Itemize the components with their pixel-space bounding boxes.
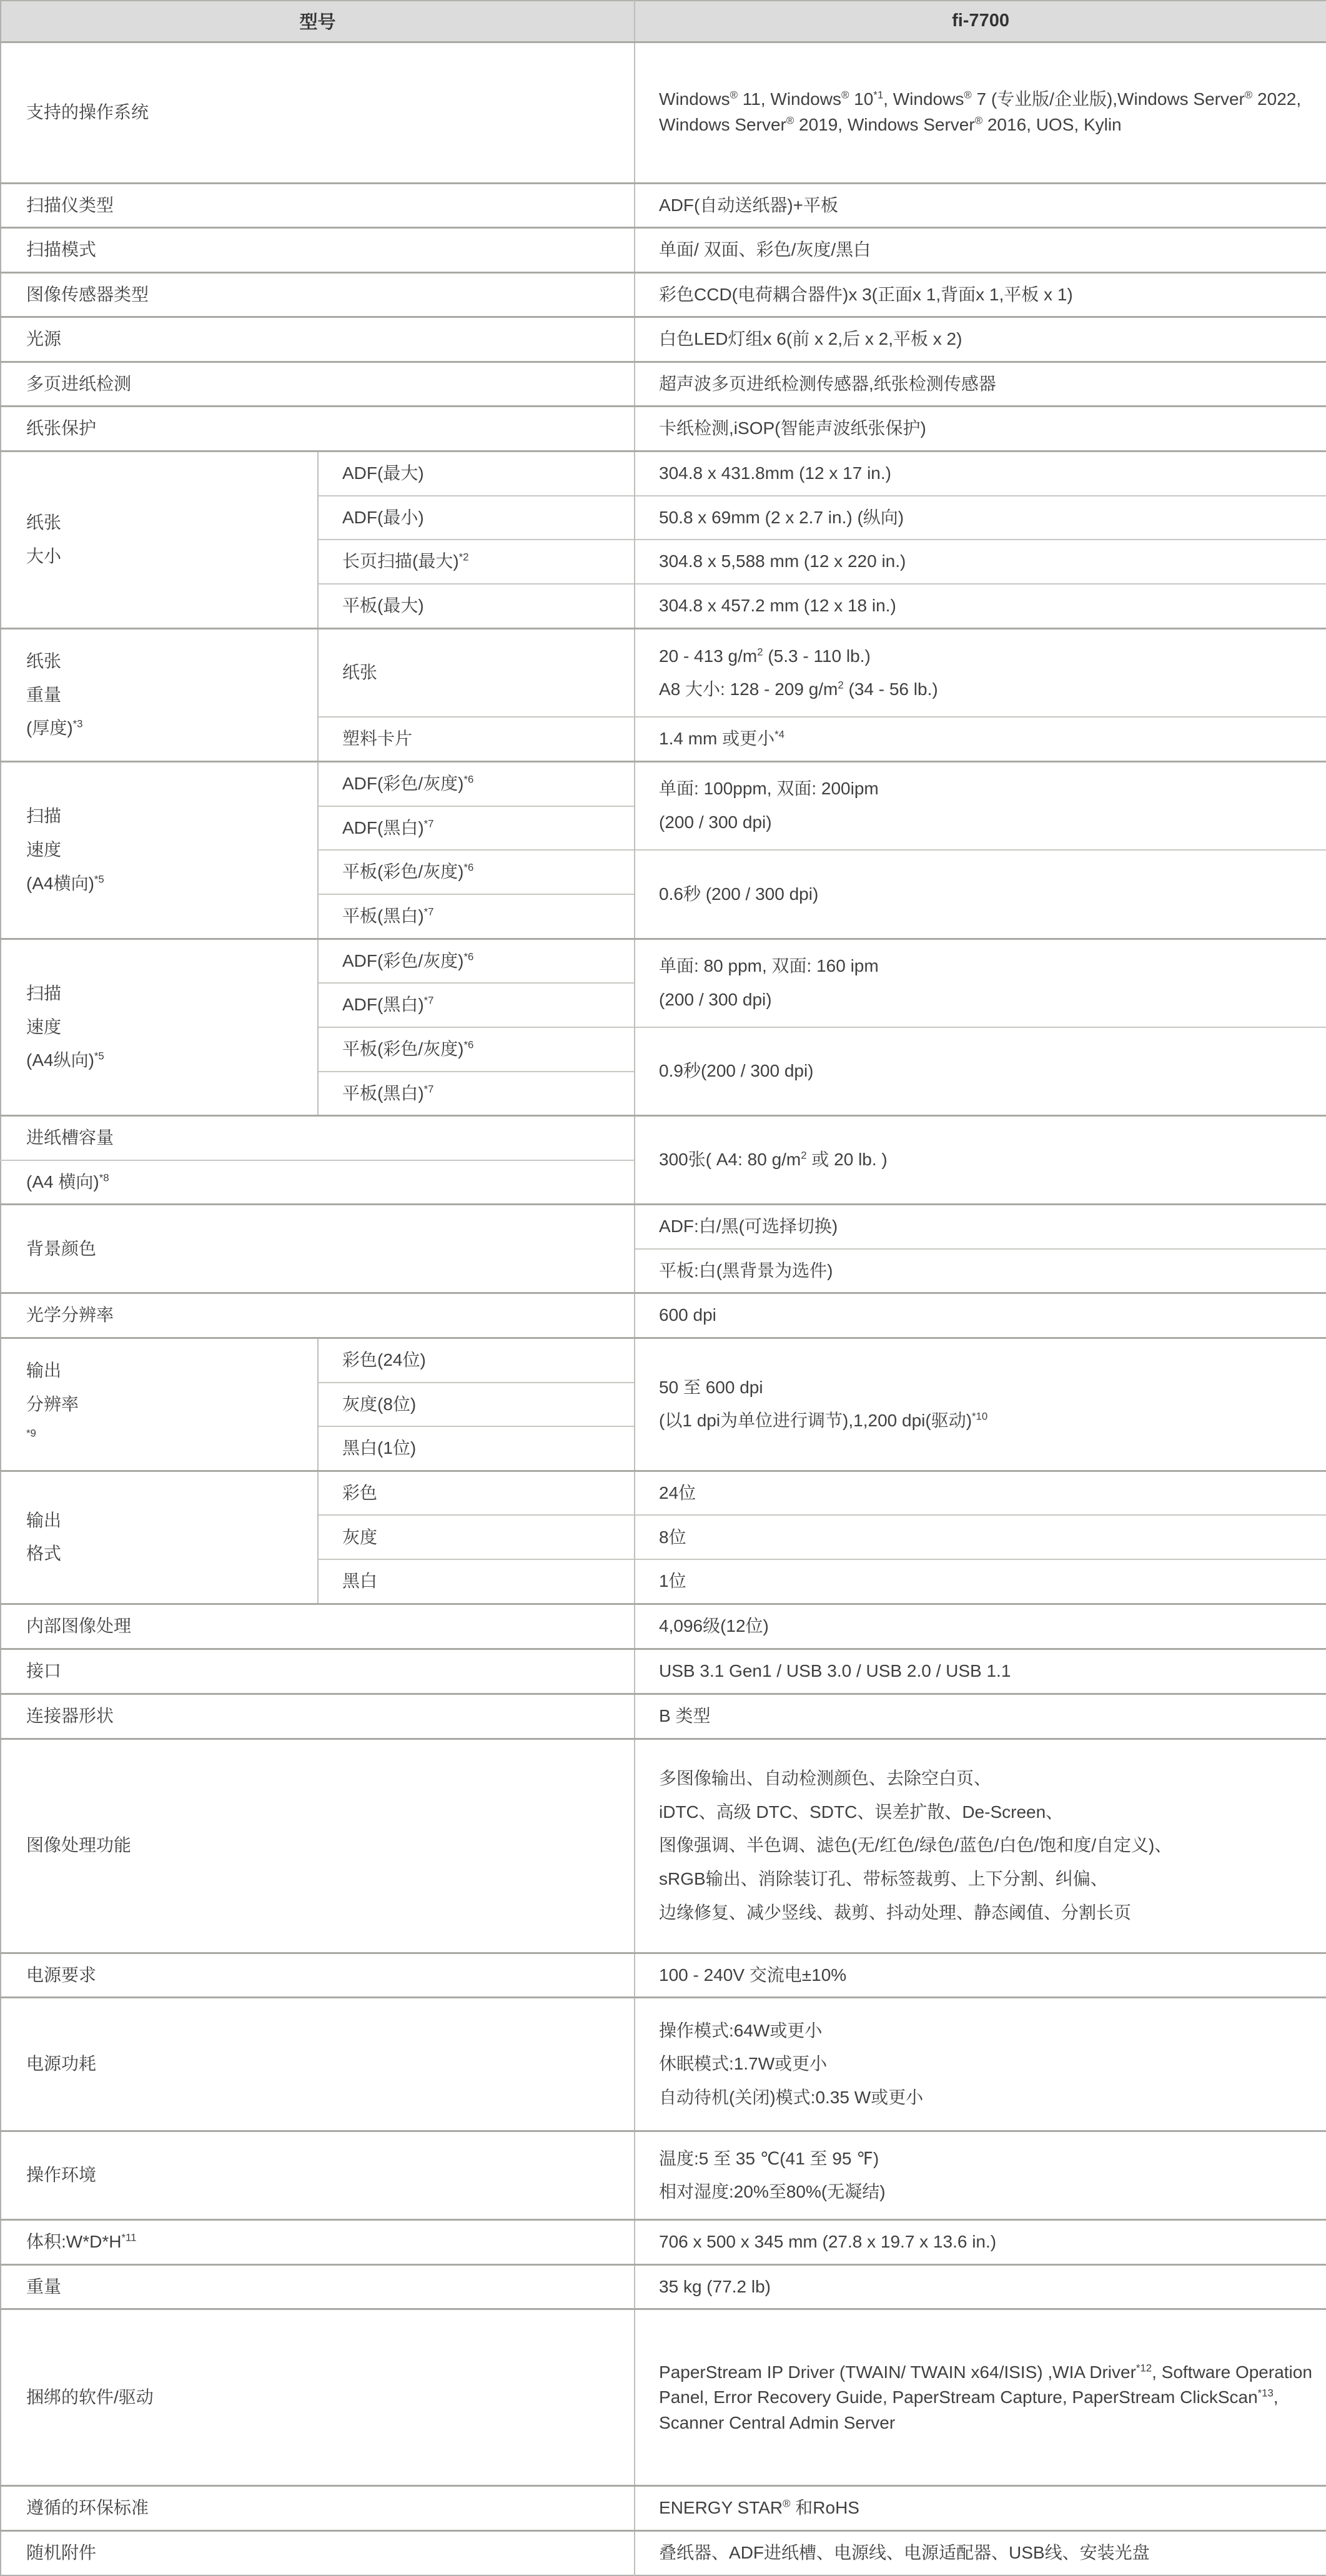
spec-sublabel: ADF(最大) (318, 452, 635, 496)
text-line: 单面: 100ppm, 双面: 200ipm (659, 776, 1312, 802)
spec-label: 光学分辨率 (1, 1293, 635, 1338)
text-line: 平板(黑白)*7 (342, 904, 625, 929)
spec-value: 多图像输出、自动检测颜色、去除空白页、iDTC、高级 DTC、SDTC、误差扩散… (635, 1739, 1326, 1953)
spec-row: 输出格式彩色24位 (1, 1471, 1326, 1515)
text-line: ADF(自动送纸器)+平板 (659, 193, 1312, 219)
text-line: ADF(彩色/灰度)*6 (342, 949, 625, 974)
text-line: 光学分辨率 (26, 1303, 621, 1328)
spec-value: 600 dpi (635, 1293, 1326, 1338)
text-line: 304.8 x 457.2 mm (12 x 18 in.) (659, 593, 1312, 619)
spec-value: 超声波多页进纸检测传感器,纸张检测传感器 (635, 362, 1326, 407)
text-line: 电源要求 (26, 1963, 621, 1988)
spec-value: 304.8 x 5,588 mm (12 x 220 in.) (635, 540, 1326, 584)
text-line: ADF(最大) (342, 461, 625, 486)
text-line: 300张( A4: 80 g/m2 或 20 lb. ) (659, 1147, 1312, 1173)
spec-row: 光源白色LED灯组x 6(前 x 2,后 x 2,平板 x 2) (1, 317, 1326, 362)
text-line: 内部图像处理 (26, 1614, 621, 1639)
text-line: 接口 (26, 1659, 621, 1684)
spec-row: 图像传感器类型彩色CCD(电荷耦合器件)x 3(正面x 1,背面x 1,平板 x… (1, 272, 1326, 317)
text-line: 706 x 500 x 345 mm (27.8 x 19.7 x 13.6 i… (659, 2229, 1312, 2255)
spec-value: 304.8 x 457.2 mm (12 x 18 in.) (635, 584, 1326, 628)
spec-value: 0.6秒 (200 / 300 dpi) (635, 850, 1326, 939)
spec-group-label: 输出格式 (1, 1471, 318, 1604)
spec-row: 纸张保护卡纸检测,iSOP(智能声波纸张保护) (1, 407, 1326, 452)
text-line: 操作环境 (26, 2163, 621, 2188)
spec-value: 8位 (635, 1515, 1326, 1559)
spec-sublabel: ADF(彩色/灰度)*6 (318, 761, 635, 806)
spec-label: 图像处理功能 (1, 1739, 635, 1953)
text-line: 扫描仪类型 (26, 193, 621, 219)
spec-sublabel: 黑白 (318, 1559, 635, 1604)
spec-row: 连接器形状B 类型 (1, 1694, 1326, 1739)
header-product-column: fi-7700 (635, 1, 1326, 42)
spec-sheet: 型号 fi-7700 支持的操作系统Windows® 11, Windows® … (0, 0, 1326, 2576)
spec-row: 图像处理功能多图像输出、自动检测颜色、去除空白页、iDTC、高级 DTC、SDT… (1, 1739, 1326, 1953)
text-line: 温度:5 至 35 ℃(41 至 95 ℉) (659, 2146, 1312, 2172)
spec-label: 操作环境 (1, 2131, 635, 2220)
text-line: 分辨率 (26, 1392, 305, 1418)
spec-value: 平板:白(黑背景为选件) (635, 1249, 1326, 1293)
spec-label: 体积:W*D*H*11 (1, 2220, 635, 2265)
spec-label: 背景颜色 (1, 1205, 635, 1293)
text-line: 长页扫描(最大)*2 (342, 549, 625, 575)
text-line: 超声波多页进纸检测传感器,纸张检测传感器 (659, 372, 1312, 397)
spec-sublabel: ADF(最小) (318, 496, 635, 540)
text-line: 黑白(1位) (342, 1436, 625, 1461)
spec-value: ADF:白/黑(可选择切换) (635, 1205, 1326, 1249)
text-line: 平板(彩色/灰度)*6 (342, 1037, 625, 1062)
spec-value: 1.4 mm 或更小*4 (635, 717, 1326, 761)
text-line: 灰度 (342, 1525, 625, 1551)
spec-row: 进纸槽容量300张( A4: 80 g/m2 或 20 lb. ) (1, 1116, 1326, 1160)
spec-sublabel: ADF(黑白)*7 (318, 806, 635, 851)
spec-value: 单面: 100ppm, 双面: 200ipm(200 / 300 dpi) (635, 761, 1326, 850)
text-line: sRGB输出、消除装订孔、带标签裁剪、上下分割、纠偏、 (659, 1867, 1312, 1892)
spec-row: 扫描速度(A4纵向)*5ADF(彩色/灰度)*6单面: 80 ppm, 双面: … (1, 939, 1326, 983)
text-line: 彩色CCD(电荷耦合器件)x 3(正面x 1,背面x 1,平板 x 1) (659, 282, 1312, 308)
spec-row: 扫描模式单面/ 双面、彩色/灰度/黑白 (1, 228, 1326, 273)
spec-sublabel: 平板(黑白)*7 (318, 894, 635, 939)
text-line: (200 / 300 dpi) (659, 987, 1312, 1013)
spec-value: 4,096级(12位) (635, 1604, 1326, 1649)
spec-table: 型号 fi-7700 支持的操作系统Windows® 11, Windows® … (0, 0, 1326, 2576)
spec-row: 捆绑的软件/驱动PaperStream IP Driver (TWAIN/ TW… (1, 2309, 1326, 2486)
text-line: 白色LED灯组x 6(前 x 2,后 x 2,平板 x 2) (659, 327, 1312, 352)
spec-label: 捆绑的软件/驱动 (1, 2309, 635, 2486)
text-line: 黑白 (342, 1569, 625, 1594)
spec-row: 电源要求100 - 240V 交流电±10% (1, 1953, 1326, 1998)
spec-value: 24位 (635, 1471, 1326, 1515)
spec-label: 纸张保护 (1, 407, 635, 452)
text-line: 平板(彩色/灰度)*6 (342, 859, 625, 885)
text-line: iDTC、高级 DTC、SDTC、误差扩散、De-Screen、 (659, 1800, 1312, 1825)
text-line: 重量 (26, 2274, 621, 2300)
text-line: 纸张 (342, 660, 625, 686)
spec-value: USB 3.1 Gen1 / USB 3.0 / USB 2.0 / USB 1… (635, 1649, 1326, 1694)
text-line: 大小 (26, 544, 305, 570)
text-line: 50.8 x 69mm (2 x 2.7 in.) (纵向) (659, 505, 1312, 531)
text-line: (厚度)*3 (26, 716, 305, 741)
text-line: 4,096级(12位) (659, 1614, 1312, 1639)
text-line: A8 大小: 128 - 209 g/m2 (34 - 56 lb.) (659, 677, 1312, 703)
spec-row: 支持的操作系统Windows® 11, Windows® 10*1, Windo… (1, 42, 1326, 183)
text-line: ADF(彩色/灰度)*6 (342, 771, 625, 797)
spec-value: 操作模式:64W或更小休眠模式:1.7W或更小自动待机(关闭)模式:0.35 W… (635, 1998, 1326, 2131)
text-line: 灰度(8位) (342, 1392, 625, 1418)
text-line: (以1 dpi为单位进行调节),1,200 dpi(驱动)*10 (659, 1408, 1312, 1434)
text-line: 自动待机(关闭)模式:0.35 W或更小 (659, 2085, 1312, 2111)
spec-sublabel: 平板(彩色/灰度)*6 (318, 1027, 635, 1072)
spec-value: 白色LED灯组x 6(前 x 2,后 x 2,平板 x 2) (635, 317, 1326, 362)
spec-value: ADF(自动送纸器)+平板 (635, 183, 1326, 228)
text-line: 操作模式:64W或更小 (659, 2018, 1312, 2044)
spec-row: 扫描仪类型ADF(自动送纸器)+平板 (1, 183, 1326, 228)
header-model-column: 型号 (1, 1, 635, 42)
text-line: 35 kg (77.2 lb) (659, 2274, 1312, 2300)
spec-sublabel: 平板(最大) (318, 584, 635, 628)
text-line: 捆绑的软件/驱动 (26, 2385, 621, 2411)
spec-label: 多页进纸检测 (1, 362, 635, 407)
text-line: (A4纵向)*5 (26, 1048, 305, 1073)
spec-row: 纸张大小ADF(最大)304.8 x 431.8mm (12 x 17 in.) (1, 452, 1326, 496)
spec-value: 温度:5 至 35 ℃(41 至 95 ℉)相对湿度:20%至80%(无凝结) (635, 2131, 1326, 2220)
spec-value: 叠纸器、ADF进纸槽、电源线、电源适配器、USB线、安装光盘 (635, 2531, 1326, 2575)
spec-sublabel: ADF(黑白)*7 (318, 983, 635, 1027)
spec-sublabel: 塑料卡片 (318, 717, 635, 761)
spec-sublabel: 灰度 (318, 1515, 635, 1559)
text-line: 输出 (26, 1508, 305, 1534)
text-line: 格式 (26, 1541, 305, 1567)
spec-value: 706 x 500 x 345 mm (27.8 x 19.7 x 13.6 i… (635, 2220, 1326, 2265)
text-line: B 类型 (659, 1704, 1312, 1729)
text-line: *9 (26, 1425, 305, 1451)
text-line: 图像处理功能 (26, 1833, 621, 1858)
spec-row: 多页进纸检测超声波多页进纸检测传感器,纸张检测传感器 (1, 362, 1326, 407)
text-line: 扫描 (26, 981, 305, 1007)
spec-row: 遵循的环保标准ENERGY STAR® 和RoHS (1, 2486, 1326, 2531)
text-line: 随机附件 (26, 2540, 621, 2566)
text-line: 图像强调、半色调、滤色(无/红色/绿色/蓝色/白色/饱和度/自定义)、 (659, 1833, 1312, 1858)
text-line: 扫描模式 (26, 237, 621, 263)
table-header: 型号 fi-7700 (1, 1, 1326, 42)
spec-value: 35 kg (77.2 lb) (635, 2264, 1326, 2309)
text-line: 纸张保护 (26, 416, 621, 442)
text-line: 电源功耗 (26, 2051, 621, 2077)
spec-label: 扫描仪类型 (1, 183, 635, 228)
spec-label: 光源 (1, 317, 635, 362)
spec-label: (A4 横向)*8 (1, 1160, 635, 1205)
spec-sublabel: 平板(黑白)*7 (318, 1072, 635, 1116)
spec-row: 接口USB 3.1 Gen1 / USB 3.0 / USB 2.0 / USB… (1, 1649, 1326, 1694)
spec-label: 电源功耗 (1, 1998, 635, 2131)
spec-row: 操作环境温度:5 至 35 ℃(41 至 95 ℉)相对湿度:20%至80%(无… (1, 2131, 1326, 2220)
spec-sublabel: 平板(彩色/灰度)*6 (318, 850, 635, 894)
text-line: 彩色 (342, 1481, 625, 1506)
text-line: (200 / 300 dpi) (659, 810, 1312, 836)
spec-group-label: 扫描速度(A4纵向)*5 (1, 939, 318, 1115)
text-line: 单面: 80 ppm, 双面: 160 ipm (659, 954, 1312, 979)
text-line: 体积:W*D*H*11 (26, 2229, 621, 2255)
text-line: Windows® 11, Windows® 10*1, Windows® 7 (… (659, 87, 1312, 137)
spec-value: 304.8 x 431.8mm (12 x 17 in.) (635, 452, 1326, 496)
spec-row: 内部图像处理4,096级(12位) (1, 1604, 1326, 1649)
text-line: 扫描 (26, 804, 305, 829)
spec-group-label: 扫描速度(A4横向)*5 (1, 761, 318, 939)
text-line: 输出 (26, 1358, 305, 1384)
text-line: (A4横向)*5 (26, 871, 305, 897)
text-line: 边缘修复、减少竖线、裁剪、抖动处理、静态阈值、分割长页 (659, 1900, 1312, 1926)
text-line: 0.9秒(200 / 300 dpi) (659, 1059, 1312, 1084)
spec-value: Windows® 11, Windows® 10*1, Windows® 7 (… (635, 42, 1326, 183)
spec-sublabel: 长页扫描(最大)*2 (318, 540, 635, 584)
spec-sublabel: 纸张 (318, 628, 635, 717)
text-line: 纸张 (26, 649, 305, 674)
text-line: 单面/ 双面、彩色/灰度/黑白 (659, 237, 1312, 263)
spec-value: 彩色CCD(电荷耦合器件)x 3(正面x 1,背面x 1,平板 x 1) (635, 272, 1326, 317)
text-line: 彩色(24位) (342, 1348, 625, 1373)
text-line: 重量 (26, 683, 305, 708)
spec-label: 连接器形状 (1, 1694, 635, 1739)
spec-value: 1位 (635, 1559, 1326, 1604)
text-line: 相对湿度:20%至80%(无凝结) (659, 2179, 1312, 2205)
text-line: 8位 (659, 1525, 1312, 1551)
text-line: (A4 横向)*8 (26, 1170, 621, 1195)
spec-value: 单面/ 双面、彩色/灰度/黑白 (635, 228, 1326, 273)
text-line: 0.6秒 (200 / 300 dpi) (659, 882, 1312, 907)
spec-value: 50.8 x 69mm (2 x 2.7 in.) (纵向) (635, 496, 1326, 540)
text-line: 600 dpi (659, 1303, 1312, 1328)
spec-label: 电源要求 (1, 1953, 635, 1998)
text-line: 平板(黑白)*7 (342, 1081, 625, 1107)
spec-sublabel: 灰度(8位) (318, 1383, 635, 1427)
text-line: 多页进纸检测 (26, 372, 621, 397)
text-line: 背景颜色 (26, 1236, 621, 1262)
spec-group-label: 纸张重量(厚度)*3 (1, 628, 318, 761)
spec-label: 随机附件 (1, 2531, 635, 2575)
spec-value: 20 - 413 g/m2 (5.3 - 110 lb.)A8 大小: 128 … (635, 628, 1326, 717)
spec-value: 300张( A4: 80 g/m2 或 20 lb. ) (635, 1116, 1326, 1205)
spec-sublabel: 彩色 (318, 1471, 635, 1515)
text-line: ADF(最小) (342, 505, 625, 531)
text-line: 24位 (659, 1481, 1312, 1506)
spec-label: 进纸槽容量 (1, 1116, 635, 1160)
text-line: 休眠模式:1.7W或更小 (659, 2051, 1312, 2077)
text-line: 100 - 240V 交流电±10% (659, 1963, 1312, 1988)
text-line: 支持的操作系统 (26, 100, 621, 126)
spec-value: 0.9秒(200 / 300 dpi) (635, 1027, 1326, 1116)
spec-label: 内部图像处理 (1, 1604, 635, 1649)
text-line: 多图像输出、自动检测颜色、去除空白页、 (659, 1766, 1312, 1792)
spec-label: 扫描模式 (1, 228, 635, 273)
spec-value: 100 - 240V 交流电±10% (635, 1953, 1326, 1998)
spec-label: 接口 (1, 1649, 635, 1694)
table-header-row: 型号 fi-7700 (1, 1, 1326, 42)
text-line: 光源 (26, 327, 621, 352)
text-line: 叠纸器、ADF进纸槽、电源线、电源适配器、USB线、安装光盘 (659, 2540, 1312, 2566)
text-line: 纸张 (26, 510, 305, 536)
spec-row: 背景颜色ADF:白/黑(可选择切换) (1, 1205, 1326, 1249)
text-line: ADF:白/黑(可选择切换) (659, 1214, 1312, 1240)
spec-row: 纸张重量(厚度)*3纸张20 - 413 g/m2 (5.3 - 110 lb.… (1, 628, 1326, 717)
spec-value: 50 至 600 dpi(以1 dpi为单位进行调节),1,200 dpi(驱动… (635, 1338, 1326, 1471)
spec-sublabel: 彩色(24位) (318, 1338, 635, 1383)
spec-row: 扫描速度(A4横向)*5ADF(彩色/灰度)*6单面: 100ppm, 双面: … (1, 761, 1326, 806)
text-line: 塑料卡片 (342, 726, 625, 752)
text-line: ADF(黑白)*7 (342, 816, 625, 841)
text-line: 50 至 600 dpi (659, 1375, 1312, 1401)
spec-row: 输出分辨率*9彩色(24位)50 至 600 dpi(以1 dpi为单位进行调节… (1, 1338, 1326, 1383)
spec-row: 重量35 kg (77.2 lb) (1, 2264, 1326, 2309)
text-line: 进纸槽容量 (26, 1125, 621, 1151)
spec-row: 电源功耗操作模式:64W或更小休眠模式:1.7W或更小自动待机(关闭)模式:0.… (1, 1998, 1326, 2131)
spec-label: 支持的操作系统 (1, 42, 635, 183)
text-line: 平板:白(黑背景为选件) (659, 1258, 1312, 1284)
text-line: 1位 (659, 1569, 1312, 1594)
text-line: 连接器形状 (26, 1704, 621, 1729)
text-line: PaperStream IP Driver (TWAIN/ TWAIN x64/… (659, 2360, 1312, 2436)
text-line: 速度 (26, 1015, 305, 1040)
text-line: 20 - 413 g/m2 (5.3 - 110 lb.) (659, 644, 1312, 669)
text-line: ADF(黑白)*7 (342, 992, 625, 1018)
spec-value: PaperStream IP Driver (TWAIN/ TWAIN x64/… (635, 2309, 1326, 2486)
spec-value: ENERGY STAR® 和RoHS (635, 2486, 1326, 2531)
spec-label: 遵循的环保标准 (1, 2486, 635, 2531)
spec-row: 体积:W*D*H*11706 x 500 x 345 mm (27.8 x 19… (1, 2220, 1326, 2265)
text-line: ENERGY STAR® 和RoHS (659, 2495, 1312, 2521)
spec-row: 随机附件叠纸器、ADF进纸槽、电源线、电源适配器、USB线、安装光盘 (1, 2531, 1326, 2575)
spec-value: 卡纸检测,iSOP(智能声波纸张保护) (635, 407, 1326, 452)
text-line: 图像传感器类型 (26, 282, 621, 308)
spec-value: B 类型 (635, 1694, 1326, 1739)
text-line: 速度 (26, 837, 305, 863)
text-line: 304.8 x 431.8mm (12 x 17 in.) (659, 461, 1312, 486)
spec-table-body: 支持的操作系统Windows® 11, Windows® 10*1, Windo… (1, 42, 1326, 2575)
spec-label: 图像传感器类型 (1, 272, 635, 317)
text-line: 304.8 x 5,588 mm (12 x 220 in.) (659, 549, 1312, 575)
text-line: 卡纸检测,iSOP(智能声波纸张保护) (659, 416, 1312, 442)
spec-sublabel: ADF(彩色/灰度)*6 (318, 939, 635, 983)
text-line: 平板(最大) (342, 593, 625, 619)
text-line: 1.4 mm 或更小*4 (659, 726, 1312, 752)
spec-row: 光学分辨率600 dpi (1, 1293, 1326, 1338)
spec-group-label: 纸张大小 (1, 452, 318, 629)
spec-label: 重量 (1, 2264, 635, 2309)
spec-value: 单面: 80 ppm, 双面: 160 ipm(200 / 300 dpi) (635, 939, 1326, 1027)
text-line: 遵循的环保标准 (26, 2495, 621, 2521)
spec-group-label: 输出分辨率*9 (1, 1338, 318, 1471)
spec-sublabel: 黑白(1位) (318, 1426, 635, 1471)
text-line: USB 3.1 Gen1 / USB 3.0 / USB 2.0 / USB 1… (659, 1659, 1312, 1684)
